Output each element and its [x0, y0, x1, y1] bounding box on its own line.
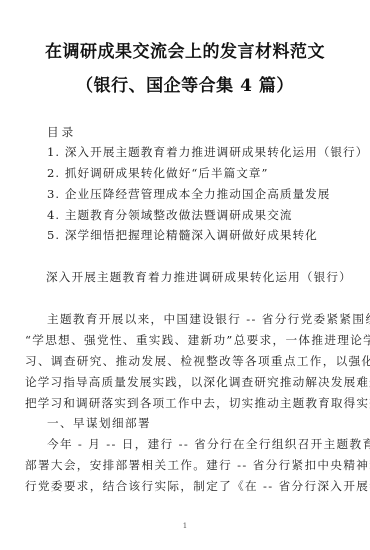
- toc-heading: 目录: [47, 125, 76, 139]
- toc-item[interactable]: 5. 深学细悟把握理论精髓深入调研做好成果转化: [47, 228, 318, 242]
- section-title: 深入开展主题教育着力推进调研成果转化运用（银行）: [46, 270, 352, 284]
- toc-item[interactable]: 1. 深入开展主题教育着力推进调研成果转化运用（银行）: [47, 145, 368, 159]
- paragraph-line: “学思想、强党性、重实践、建新功”总要求，一体推进理论学: [25, 333, 370, 347]
- paragraph-line: 习、调查研究、推动发展、检视整改等各项重点工作，以强化理: [25, 354, 370, 368]
- toc-item[interactable]: 3. 企业压降经营管理成本全力推动国企高质量发展: [47, 187, 330, 201]
- section-heading: 一、早谋划细部署: [47, 416, 151, 430]
- paragraph-line: 行党委要求，结合该行实际，制定了《在 -- 省分行深入开展学习: [25, 479, 370, 493]
- page-number: 1: [0, 522, 370, 530]
- paragraph-line: 把学习和调研落实到各项工作中去，切实推动主题教育取得实效。: [25, 396, 370, 410]
- paragraph-line: 今年 - 月 -- 日，建行 -- 省分行在全行组织召开主题教育动员: [47, 437, 370, 451]
- document-subtitle: （银行、国企等合集 4 篇）: [0, 71, 370, 96]
- document-page: 在调研成果交流会上的发言材料范文 （银行、国企等合集 4 篇） 目录 1. 深入…: [0, 0, 370, 550]
- toc-item[interactable]: 4. 主题教育分领域整改做法暨调研成果交流: [47, 208, 293, 222]
- toc-item[interactable]: 2. 抓好调研成果转化做好“后半篇文章”: [47, 166, 269, 180]
- paragraph-line: 部署大会，安排部署相关工作。建行 -- 省分行紧扣中央精神和总: [25, 458, 370, 472]
- paragraph-line: 主题教育开展以来，中国建设银行 -- 省分行党委紧紧围绕: [47, 312, 370, 326]
- document-title: 在调研成果交流会上的发言材料范文: [0, 37, 370, 62]
- paragraph-line: 论学习指导高质量发展实践，以深化调查研究推动解决发展难题，: [25, 375, 370, 389]
